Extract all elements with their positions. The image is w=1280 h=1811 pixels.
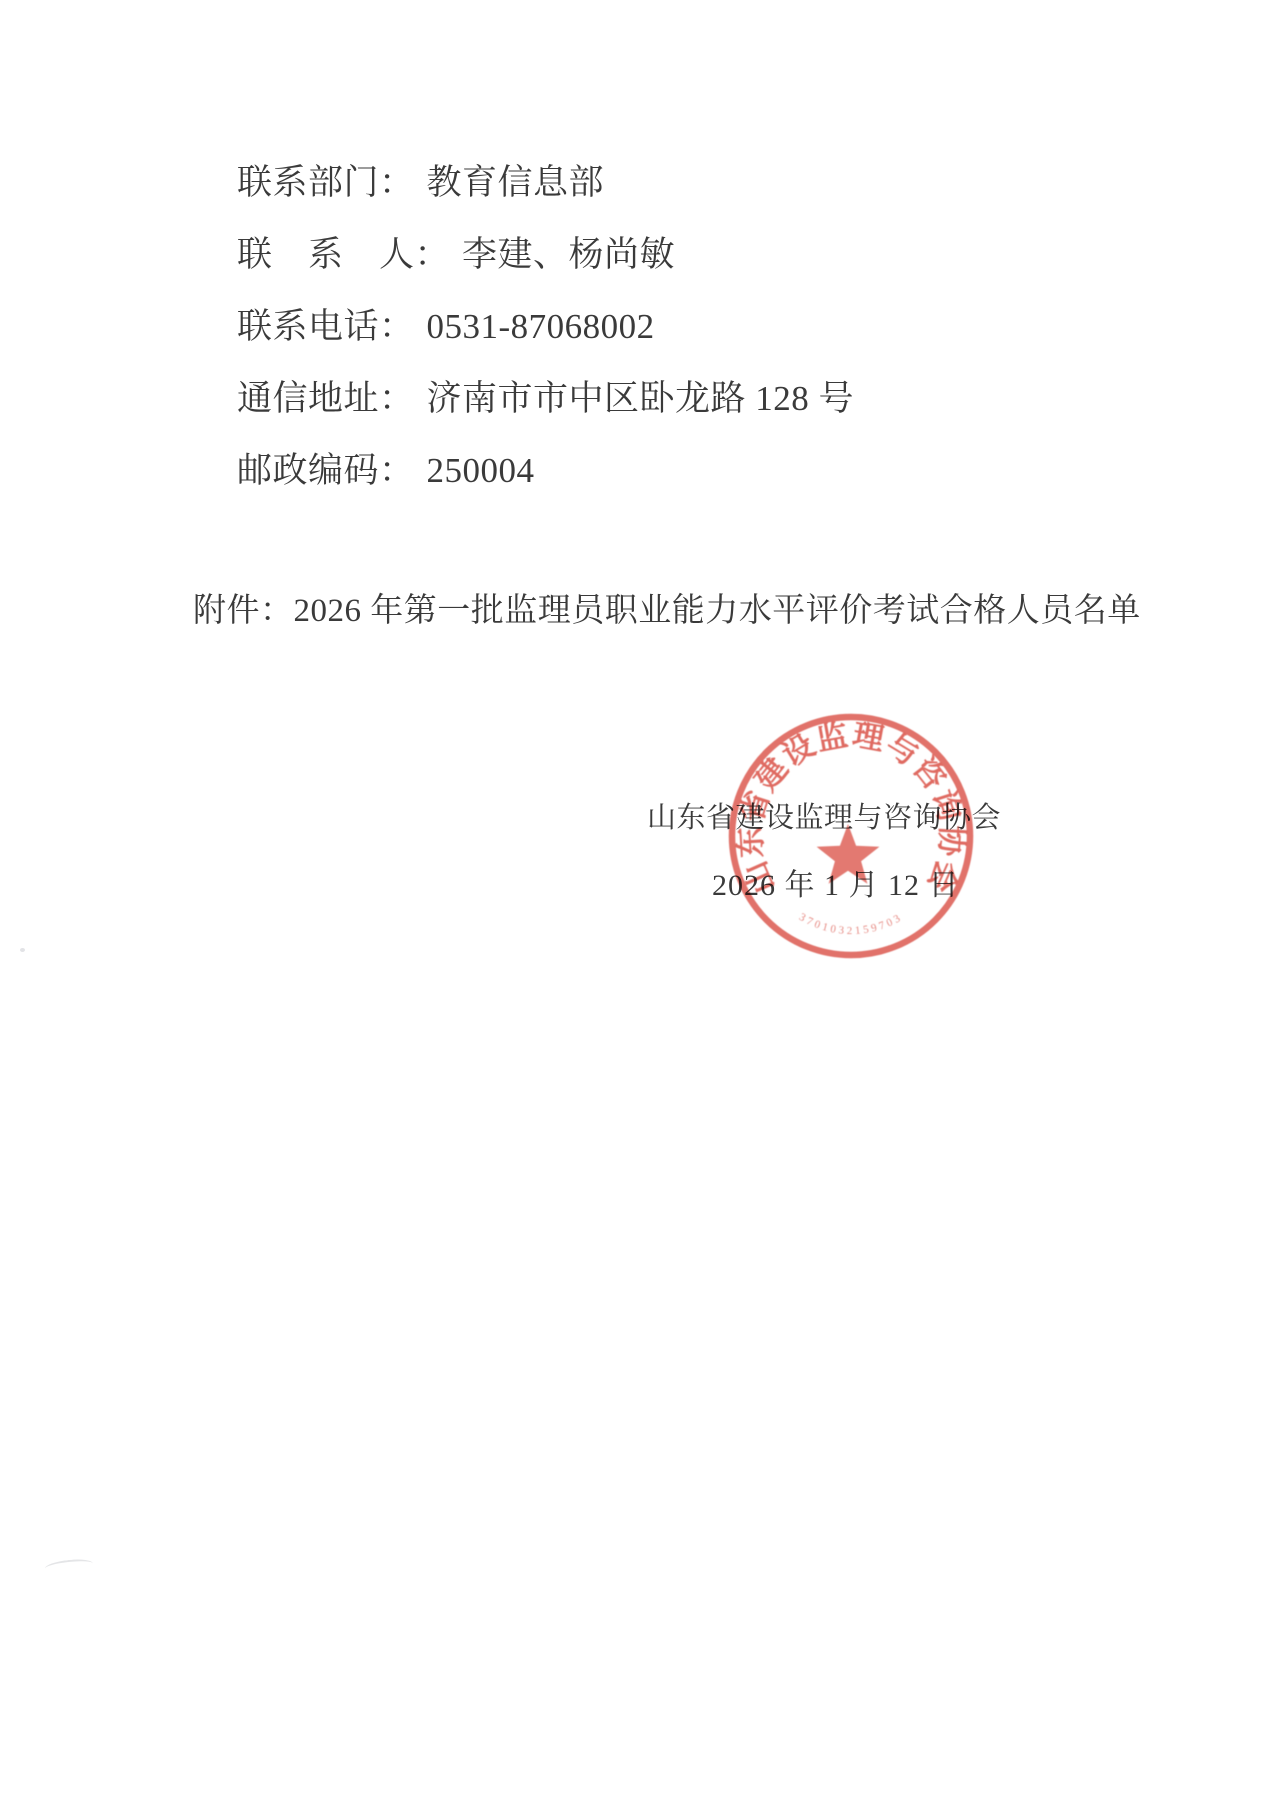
- contact-line-person: 联 系 人：李建、杨尚敏: [237, 235, 675, 275]
- contact-value: 李建、杨尚敏: [462, 235, 675, 274]
- official-seal: 山东省建设监理与咨询协会 3701032159703: [725, 710, 977, 962]
- contact-value: 0531-87068002: [427, 307, 655, 346]
- contact-label: 联系电话：: [237, 307, 415, 347]
- scan-artifact-dot: [20, 948, 25, 952]
- contact-label: 联 系 人：: [237, 235, 450, 275]
- contact-value: 250004: [427, 451, 535, 490]
- document-page: 联系部门：教育信息部 联 系 人：李建、杨尚敏 联系电话：0531-870680…: [0, 0, 1280, 1811]
- contact-line-address: 通信地址：济南市市中区卧龙路 128 号: [237, 379, 854, 419]
- contact-value: 教育信息部: [427, 163, 605, 202]
- scan-artifact-squiggle: [45, 1558, 94, 1575]
- contact-line-department: 联系部门：教育信息部: [237, 163, 604, 203]
- contact-line-postcode: 邮政编码：250004: [237, 451, 535, 491]
- contact-value: 济南市市中区卧龙路 128 号: [427, 379, 855, 418]
- seal-code: 3701032159703: [797, 911, 905, 937]
- contact-label: 通信地址：: [237, 379, 415, 419]
- contact-label: 邮政编码：: [237, 451, 415, 491]
- star-icon: [817, 824, 880, 884]
- contact-label: 联系部门：: [237, 163, 415, 203]
- contact-line-phone: 联系电话：0531-87068002: [237, 307, 655, 347]
- attachment-line: 附件：2026 年第一批监理员职业能力水平评价考试合格人员名单: [193, 591, 1141, 631]
